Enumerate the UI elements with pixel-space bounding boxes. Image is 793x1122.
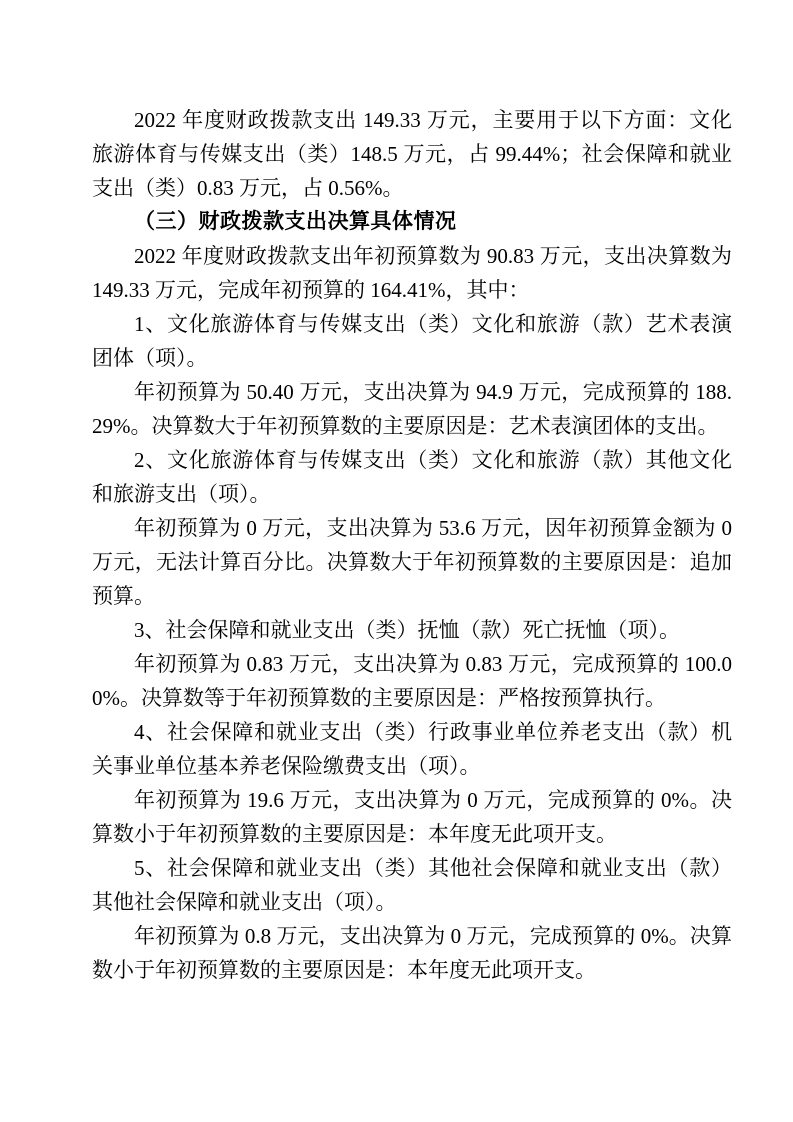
document-page: 2022 年度财政拨款支出 149.33 万元，主要用于以下方面：文化旅游体育与… (0, 0, 793, 1122)
paragraph-item-5-title: 5、社会保障和就业支出（类）其他社会保障和就业支出（款）其他社会保障和就业支出（… (92, 851, 732, 919)
paragraph-item-1-detail: 年初预算为 50.40 万元，支出决算为 94.9 万元，完成预算的 188.2… (92, 375, 732, 443)
paragraph-item-2-title: 2、文化旅游体育与传媒支出（类）文化和旅游（款）其他文化和旅游支出（项）。 (92, 443, 732, 511)
paragraph-funding-overview: 2022 年度财政拨款支出 149.33 万元，主要用于以下方面：文化旅游体育与… (92, 103, 732, 205)
paragraph-item-3-detail: 年初预算为 0.83 万元，支出决算为 0.83 万元，完成预算的 100.00… (92, 647, 732, 715)
paragraph-item-4-title: 4、社会保障和就业支出（类）行政事业单位养老支出（款）机关事业单位基本养老保险缴… (92, 715, 732, 783)
paragraph-item-1-title: 1、文化旅游体育与传媒支出（类）文化和旅游（款）艺术表演团体（项）。 (92, 307, 732, 375)
paragraph-item-5-detail: 年初预算为 0.8 万元，支出决算为 0 万元，完成预算的 0%。决算数小于年初… (92, 919, 732, 987)
section-heading: （三）财政拨款支出决算具体情况 (92, 205, 732, 239)
paragraph-budget-summary: 2022 年度财政拨款支出年初预算数为 90.83 万元，支出决算数为 149.… (92, 239, 732, 307)
paragraph-item-4-detail: 年初预算为 19.6 万元，支出决算为 0 万元，完成预算的 0%。决算数小于年… (92, 783, 732, 851)
paragraph-item-2-detail: 年初预算为 0 万元，支出决算为 53.6 万元，因年初预算金额为 0 万元，无… (92, 511, 732, 613)
paragraph-item-3-title: 3、社会保障和就业支出（类）抚恤（款）死亡抚恤（项）。 (92, 613, 732, 647)
